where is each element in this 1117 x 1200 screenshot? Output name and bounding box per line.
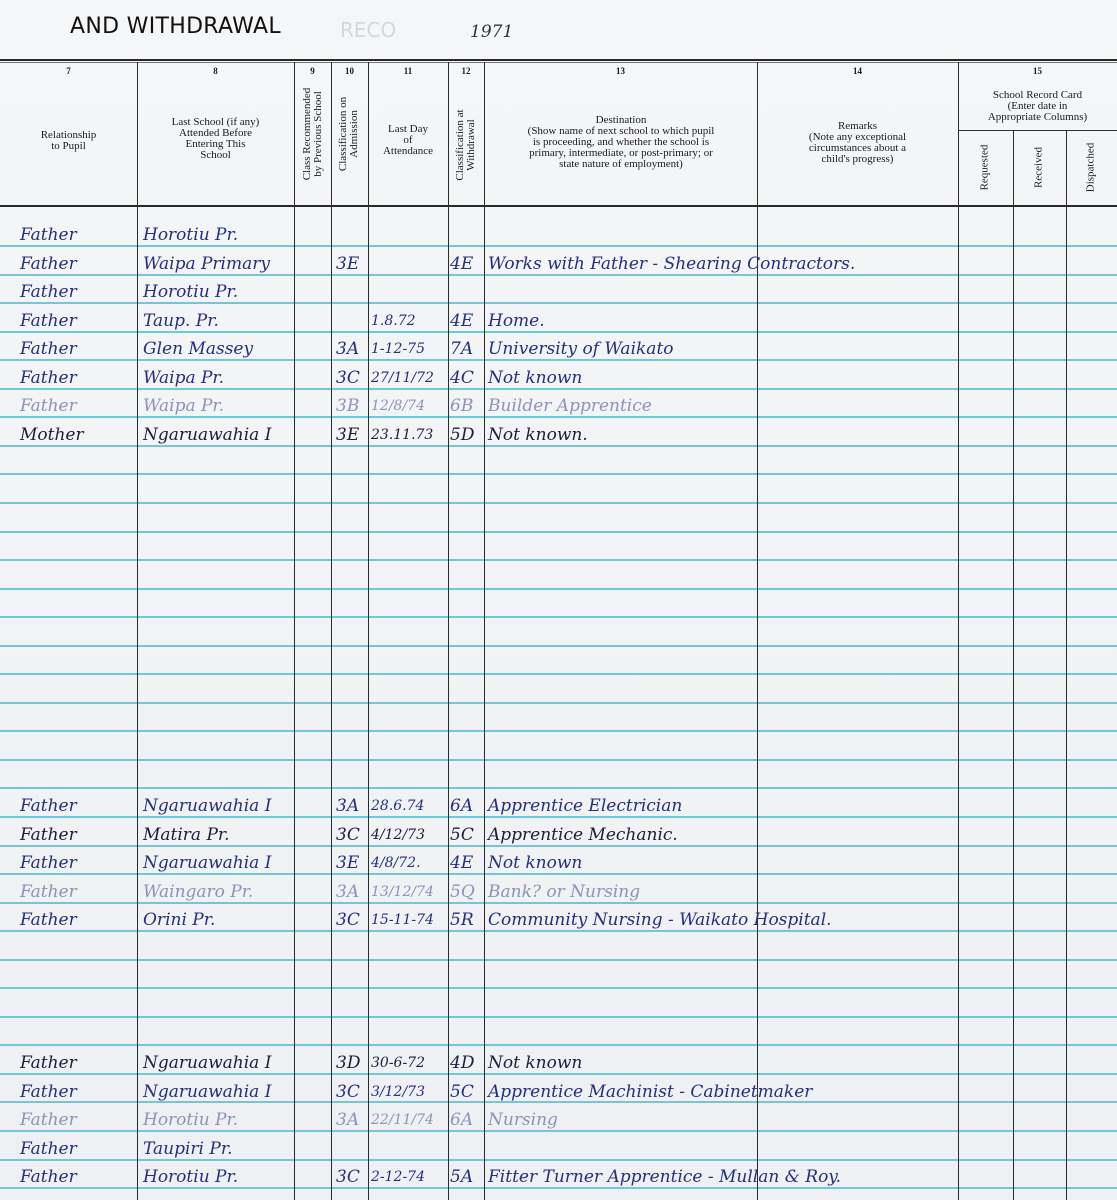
- last-day-cell: 4/12/73: [371, 825, 425, 845]
- last-day-cell: 13/12/74: [371, 882, 434, 902]
- classification-admission-cell: 3A: [336, 1110, 359, 1130]
- last-school-cell: Glen Massey: [143, 339, 253, 359]
- destination-cell: Not known: [488, 853, 582, 873]
- year-annotation: 1971: [470, 22, 513, 42]
- header-top-rule-thin: [0, 62, 1117, 63]
- destination-cell: University of Waikato: [488, 339, 674, 359]
- relationship-cell: Father: [20, 311, 77, 331]
- last-day-cell: 23.11.73: [371, 425, 433, 445]
- classification-withdrawal-cell: 4D: [450, 1053, 474, 1073]
- destination-cell: Not known.: [488, 425, 588, 445]
- destination-cell: Apprentice Mechanic.: [488, 825, 678, 845]
- relationship-cell: Father: [20, 1082, 77, 1102]
- destination-cell: Not known: [488, 368, 582, 388]
- header-school-record-card: School Record Card (Enter date in Approp…: [958, 90, 1117, 123]
- table-row: FatherNgaruawahia I3C3/12/735CApprentice…: [0, 1078, 1117, 1106]
- classification-admission-cell: 3C: [336, 1167, 360, 1187]
- classification-withdrawal-cell: 5R: [450, 910, 474, 930]
- ruled-line: [0, 1044, 1117, 1046]
- last-day-cell: 15-11-74: [371, 910, 434, 930]
- last-school-cell: Matira Pr.: [143, 825, 230, 845]
- ruled-line: [0, 531, 1117, 533]
- header-class-recommended: Class Recommended by Previous School: [302, 79, 324, 189]
- classification-admission-cell: 3C: [336, 1082, 360, 1102]
- classification-withdrawal-cell: 5Q: [450, 882, 475, 902]
- classification-withdrawal-cell: 4E: [450, 853, 473, 873]
- page-title: AND WITHDRAWAL: [70, 14, 281, 39]
- ruled-line: [0, 502, 1117, 504]
- last-school-cell: Ngaruawahia I: [143, 796, 271, 816]
- header-received: Received: [1034, 130, 1045, 206]
- header-classification-admission: Classification on Admission: [338, 94, 360, 174]
- destination-cell: Apprentice Machinist - Cabinetmaker: [488, 1082, 812, 1102]
- ruled-line: [0, 588, 1117, 590]
- table-row: FatherHorotiu Pr.: [0, 278, 1117, 306]
- classification-admission-cell: 3A: [336, 339, 359, 359]
- column-number-15: 15: [958, 66, 1117, 76]
- classification-admission-cell: 3A: [336, 796, 359, 816]
- classification-withdrawal-cell: 6B: [450, 396, 473, 416]
- last-school-cell: Waipa Pr.: [143, 368, 224, 388]
- table-row: FatherHorotiu Pr.3A22/11/746ANursing: [0, 1106, 1117, 1134]
- relationship-cell: Father: [20, 396, 77, 416]
- last-day-cell: 22/11/74: [371, 1110, 434, 1130]
- relationship-cell: Father: [20, 853, 77, 873]
- ruled-line: [0, 730, 1117, 732]
- destination-cell: Not known: [488, 1053, 582, 1073]
- relationship-cell: Father: [20, 368, 77, 388]
- relationship-cell: Father: [20, 1110, 77, 1130]
- table-row: FatherWaipa Primary3E4EWorks with Father…: [0, 250, 1117, 278]
- column-number-7: 7: [0, 66, 137, 76]
- table-row: FatherWaipa Pr.3C27/11/724CNot known: [0, 364, 1117, 392]
- last-day-cell: 12/8/74: [371, 396, 425, 416]
- ruled-line: [0, 987, 1117, 989]
- table-row: FatherHorotiu Pr.3C2-12-745AFitter Turne…: [0, 1163, 1117, 1191]
- table-row: FatherNgaruawahia I3D30-6-724DNot known: [0, 1049, 1117, 1077]
- header-bottom-rule: [0, 205, 1117, 207]
- ruled-line: [0, 1016, 1117, 1018]
- header-last-school: Last School (if any) Attended Before Ent…: [137, 117, 294, 161]
- destination-cell: Community Nursing - Waikato Hospital.: [488, 910, 832, 930]
- header-relationship: Relationship to Pupil: [0, 130, 137, 152]
- last-day-cell: 4/8/72.: [371, 853, 421, 873]
- destination-cell: Nursing: [488, 1110, 558, 1130]
- classification-admission-cell: 3E: [336, 254, 359, 274]
- last-school-cell: Ngaruawahia I: [143, 853, 271, 873]
- classification-withdrawal-cell: 6A: [450, 796, 473, 816]
- ruled-line: [0, 673, 1117, 675]
- ruled-line: [0, 616, 1117, 618]
- destination-cell: Builder Apprentice: [488, 396, 652, 416]
- ruled-line: [0, 559, 1117, 561]
- classification-admission-cell: 3D: [336, 1053, 360, 1073]
- classification-admission-cell: 3B: [336, 396, 359, 416]
- relationship-cell: Father: [20, 225, 77, 245]
- last-school-cell: Waipa Pr.: [143, 396, 224, 416]
- classification-withdrawal-cell: 5A: [450, 1167, 473, 1187]
- relationship-cell: Father: [20, 882, 77, 902]
- column-number-14: 14: [757, 66, 958, 76]
- last-school-cell: Horotiu Pr.: [143, 282, 238, 302]
- last-day-cell: 3/12/73: [371, 1082, 425, 1102]
- table-row: FatherWaipa Pr.3B12/8/746BBuilder Appren…: [0, 392, 1117, 420]
- relationship-cell: Father: [20, 254, 77, 274]
- relationship-cell: Father: [20, 1053, 77, 1073]
- classification-withdrawal-cell: 4E: [450, 311, 473, 331]
- column-number-10: 10: [331, 66, 368, 76]
- classification-admission-cell: 3C: [336, 910, 360, 930]
- classification-withdrawal-cell: 7A: [450, 339, 473, 359]
- last-day-cell: 1.8.72: [371, 311, 416, 331]
- ruled-line: [0, 645, 1117, 647]
- last-school-cell: Ngaruawahia I: [143, 1053, 271, 1073]
- table-row: FatherTaup. Pr.1.8.724EHome.: [0, 307, 1117, 335]
- relationship-cell: Father: [20, 796, 77, 816]
- classification-admission-cell: 3E: [336, 425, 359, 445]
- last-day-cell: 28.6.74: [371, 796, 424, 816]
- last-school-cell: Waingaro Pr.: [143, 882, 253, 902]
- destination-cell: Fitter Turner Apprentice - Mullan & Roy.: [488, 1167, 841, 1187]
- last-day-cell: 2-12-74: [371, 1167, 425, 1187]
- last-school-cell: Taupiri Pr.: [143, 1139, 233, 1159]
- classification-withdrawal-cell: 4C: [450, 368, 474, 388]
- register-page: AND WITHDRAWAL RECO 1971 7 8 9 10 11 12 …: [0, 0, 1117, 1200]
- header-remarks: Remarks (Note any exceptional circumstan…: [757, 121, 958, 165]
- relationship-cell: Mother: [20, 425, 84, 445]
- last-day-cell: 27/11/72: [371, 368, 434, 388]
- column-number-12: 12: [448, 66, 484, 76]
- column-number-11: 11: [368, 66, 448, 76]
- relationship-cell: Father: [20, 1167, 77, 1187]
- ruled-line: [0, 787, 1117, 789]
- destination-cell: Apprentice Electrician: [488, 796, 682, 816]
- table-row: FatherGlen Massey3A1-12-757AUniversity o…: [0, 335, 1117, 363]
- table-row: FatherHorotiu Pr.: [0, 221, 1117, 249]
- classification-withdrawal-cell: 4E: [450, 254, 473, 274]
- classification-admission-cell: 3A: [336, 882, 359, 902]
- relationship-cell: Father: [20, 282, 77, 302]
- last-day-cell: 1-12-75: [371, 339, 425, 359]
- column-number-13: 13: [484, 66, 757, 76]
- table-row: FatherTaupiri Pr.: [0, 1135, 1117, 1163]
- relationship-cell: Father: [20, 339, 77, 359]
- destination-cell: Home.: [488, 311, 545, 331]
- header-top-rule: [0, 59, 1117, 61]
- table-row: FatherNgaruawahia I3A28.6.746AApprentice…: [0, 792, 1117, 820]
- classification-withdrawal-cell: 5C: [450, 1082, 474, 1102]
- relationship-cell: Father: [20, 825, 77, 845]
- ruled-line: [0, 473, 1117, 475]
- last-school-cell: Waipa Primary: [143, 254, 270, 274]
- table-row: FatherNgaruawahia I3E4/8/72.4ENot known: [0, 849, 1117, 877]
- relationship-cell: Father: [20, 910, 77, 930]
- destination-cell: Works with Father - Shearing Contractors…: [488, 254, 855, 274]
- bleed-through-text: RECO: [340, 18, 396, 42]
- header-dispatched: Dispatched: [1086, 130, 1097, 206]
- header-classification-withdrawal: Classification at Withdrawal: [455, 97, 477, 193]
- last-school-cell: Orini Pr.: [143, 910, 215, 930]
- classification-withdrawal-cell: 5D: [450, 425, 474, 445]
- classification-admission-cell: 3E: [336, 853, 359, 873]
- classification-withdrawal-cell: 6A: [450, 1110, 473, 1130]
- last-day-cell: 30-6-72: [371, 1053, 425, 1073]
- last-school-cell: Horotiu Pr.: [143, 1167, 238, 1187]
- table-row: FatherOrini Pr.3C15-11-745RCommunity Nur…: [0, 906, 1117, 934]
- table-row: MotherNgaruawahia I3E23.11.735DNot known…: [0, 421, 1117, 449]
- header-destination: Destination (Show name of next school to…: [490, 115, 752, 170]
- destination-cell: Bank? or Nursing: [488, 882, 640, 902]
- column-number-8: 8: [137, 66, 294, 76]
- table-row: FatherWaingaro Pr.3A13/12/745QBank? or N…: [0, 878, 1117, 906]
- last-school-cell: Ngaruawahia I: [143, 1082, 271, 1102]
- classification-admission-cell: 3C: [336, 368, 360, 388]
- ruled-line: [0, 759, 1117, 761]
- classification-admission-cell: 3C: [336, 825, 360, 845]
- last-school-cell: Ngaruawahia I: [143, 425, 271, 445]
- last-school-cell: Horotiu Pr.: [143, 1110, 238, 1130]
- last-school-cell: Taup. Pr.: [143, 311, 219, 331]
- column-number-9: 9: [294, 66, 331, 76]
- header-requested: Requested: [980, 130, 991, 206]
- classification-withdrawal-cell: 5C: [450, 825, 474, 845]
- table-row: FatherMatira Pr.3C4/12/735CApprentice Me…: [0, 821, 1117, 849]
- last-school-cell: Horotiu Pr.: [143, 225, 238, 245]
- ruled-line: [0, 959, 1117, 961]
- ruled-line: [0, 702, 1117, 704]
- relationship-cell: Father: [20, 1139, 77, 1159]
- header-last-day: Last Day of Attendance: [368, 124, 448, 157]
